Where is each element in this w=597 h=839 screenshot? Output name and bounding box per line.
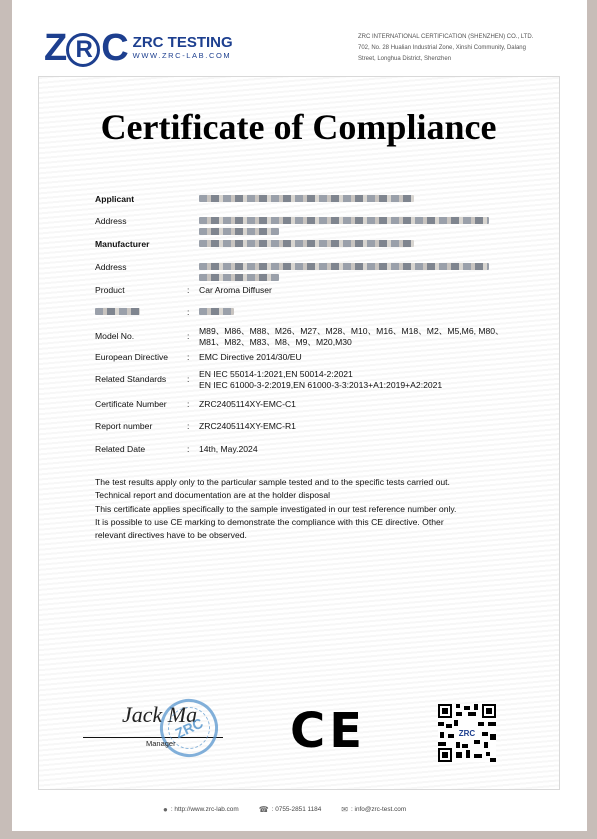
phone-number: : 0755-2851 1184 <box>272 806 322 813</box>
field-related-date: Related Date : 14th, May.2024 <box>95 444 535 455</box>
website-link[interactable]: : http://www.zrc-lab.com <box>171 806 239 813</box>
globe-icon: ● <box>163 805 168 814</box>
certificate-frame <box>38 76 560 790</box>
field-applicant-address: Address <box>95 216 535 238</box>
email-link[interactable]: : info@zrc-test.com <box>351 806 406 813</box>
phone-icon: ☎ <box>259 805 269 814</box>
field-report-number: Report number : ZRC2405114XY-EMC-R1 <box>95 421 535 432</box>
compliance-statement: The test results apply only to the parti… <box>95 476 515 542</box>
field-applicant: Applicant <box>95 194 535 205</box>
field-standards: Related Standards : EN IEC 55014-1:2021,… <box>95 369 535 391</box>
field-trademark: : <box>95 307 535 318</box>
ce-mark-icon: CE <box>290 707 366 755</box>
field-product: Product : Car Aroma Diffuser <box>95 285 535 296</box>
brand-url: WWW.ZRC-LAB.COM <box>133 51 233 61</box>
contact-footer: ●: http://www.zrc-lab.com ☎: 0755-2851 1… <box>163 805 406 814</box>
field-manufacturer-address: Address <box>95 262 535 284</box>
field-directive: European Directive : EMC Directive 2014/… <box>95 352 535 363</box>
field-certificate-number: Certificate Number : ZRC2405114XY-EMC-C1 <box>95 399 535 410</box>
field-model: Model No. : M89、M86、M88、M26、M27、M28、M10、… <box>95 326 535 348</box>
svg-text:ZRC: ZRC <box>459 729 476 738</box>
redacted-manufacturer <box>199 240 414 247</box>
redacted-applicant <box>199 195 414 202</box>
page-title: Certificate of Compliance <box>0 106 597 148</box>
logo-mark: ZRC <box>44 29 127 67</box>
company-address: ZRC INTERNATIONAL CERTIFICATION (SHENZHE… <box>358 32 573 65</box>
field-manufacturer: Manufacturer <box>95 239 535 250</box>
mail-icon: ✉ <box>341 805 348 814</box>
brand-name: ZRC TESTING <box>133 35 233 51</box>
zrc-logo: ZRC ZRC TESTING WWW.ZRC-LAB.COM <box>44 30 233 66</box>
qr-code-icon: ZRC <box>438 704 496 762</box>
signer-role: Manager <box>146 739 176 748</box>
